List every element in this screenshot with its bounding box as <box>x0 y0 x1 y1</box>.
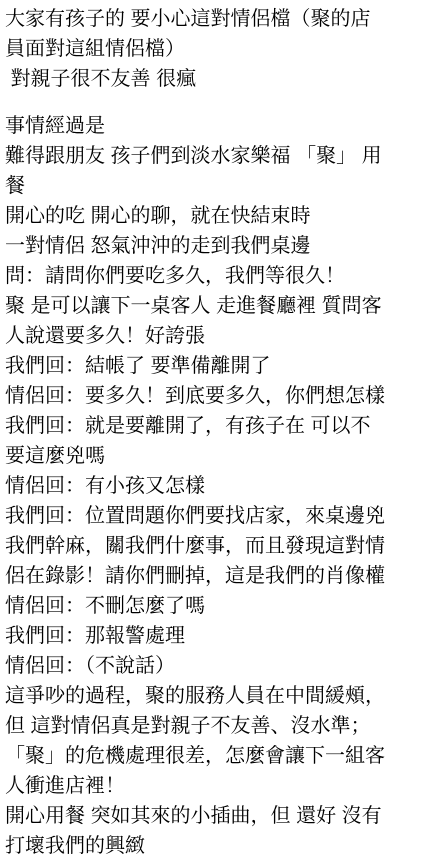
text-line: 聚 是可以讓下一桌客人 走進餐廳裡 質問客 <box>5 291 427 321</box>
text-line: 我們幹麻，關我們什麼事，而且發現這對情 <box>5 531 427 561</box>
text-line: 但 這對情侶真是對親子不友善、沒水準； <box>5 711 427 741</box>
text-line: 我們回：結帳了 要準備離開了 <box>5 351 427 381</box>
text-line: 情侶回：（不說話） <box>5 651 427 681</box>
text-line: 我們回：那報警處理 <box>5 621 427 651</box>
text-line: 員面對這組情侶檔） <box>5 34 427 64</box>
paragraph: 事情經過是難得跟朋友 孩子們到淡水家樂福 「聚」 用餐開心的吃 開心的聊，就在快… <box>5 111 427 857</box>
text-line: 一對情侶 怒氣沖沖的走到我們桌邊 <box>5 231 427 261</box>
text-line: 問：請問你們要吃多久，我們等很久！ <box>5 261 427 291</box>
text-line: 事情經過是 <box>5 111 427 141</box>
text-line: 難得跟朋友 孩子們到淡水家樂福 「聚」 用 <box>5 141 427 171</box>
text-line: 我們回：就是要離開了，有孩子在 可以不 <box>5 411 427 441</box>
text-line: 人說還要多久！好誇張 <box>5 321 427 351</box>
text-line: 對親子很不友善 很瘋 <box>5 64 427 94</box>
text-line: 這爭吵的過程，聚的服務人員在中間緩頰， <box>5 681 427 711</box>
paragraph: 大家有孩子的 要小心這對情侶檔（聚的店員面對這組情侶檔） 對親子很不友善 很瘋 <box>5 4 427 94</box>
post-body: 大家有孩子的 要小心這對情侶檔（聚的店員面對這組情侶檔） 對親子很不友善 很瘋事… <box>0 0 431 857</box>
text-line: 餐 <box>5 171 427 201</box>
text-line: 「聚」的危機處理很差，怎麼會讓下一組客 <box>5 741 427 771</box>
text-line: 要這麼兇嗎 <box>5 441 427 471</box>
text-line: 開心用餐 突如其來的小插曲，但 還好 沒有 <box>5 801 427 831</box>
text-line: 情侶回：要多久！到底要多久，你們想怎樣 <box>5 381 427 411</box>
text-line: 我們回：位置問題你們要找店家，來桌邊兇 <box>5 501 427 531</box>
text-line: 侶在錄影！請你們刪掉，這是我們的肖像權 <box>5 561 427 591</box>
text-line: 打壞我們的興緻 <box>5 831 427 857</box>
text-line: 人衝進店裡！ <box>5 771 427 801</box>
text-line: 情侶回：不刪怎麼了嗎 <box>5 591 427 621</box>
text-line: 情侶回：有小孩又怎樣 <box>5 471 427 501</box>
text-line: 開心的吃 開心的聊，就在快結束時 <box>5 201 427 231</box>
text-line: 大家有孩子的 要小心這對情侶檔（聚的店 <box>5 4 427 34</box>
